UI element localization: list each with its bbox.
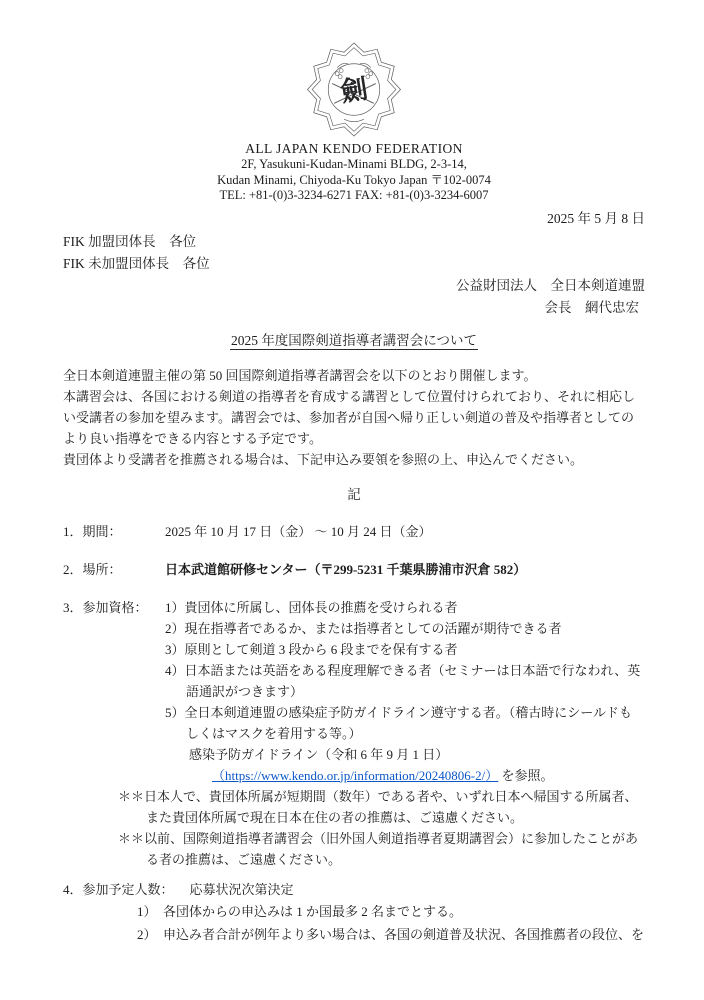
item-participants: 4．参加予定人数： 応募状況次第決定 [63, 879, 645, 900]
eligibility-item: 5）全日本剣道連盟の感染症予防ガイドライン遵守する者。（稽古時にシールドも [165, 702, 640, 723]
intro-line: 貴団体より受講者を推薦される場合は、下記申込み要領を参照の上、申込んでください。 [63, 449, 645, 470]
eligibility-item: 2）現在指導者であるか、または指導者としての活躍が期待できる者 [165, 618, 640, 639]
sender-president: 会長 網代忠宏 [63, 297, 645, 319]
item-venue-label: 2．場所： [63, 559, 165, 580]
intro-line: 本講習会は、各国における剣道の指導者を育成する講習として位置付けられており、それ… [63, 386, 645, 407]
eligibility-item: 3）原則として剣道 3 段から 6 段までを保有する者 [165, 639, 640, 660]
recipient-block: FIK 加盟団体長 各位 FIK 未加盟団体長 各位 [63, 231, 645, 275]
intro-line: より良い指導をできる内容とする予定です。 [63, 428, 645, 449]
guideline-line: 感染予防ガイドライン（令和 6 年 9 月 1 日） [165, 744, 640, 765]
sender-block: 公益財団法人 全日本剣道連盟 会長 網代忠宏 [63, 275, 645, 319]
intro-line: 全日本剣道連盟主催の第 50 回国際剣道指導者講習会を以下のとおり開催します。 [63, 365, 645, 386]
note-line: ＊＊日本人で、貴団体所属が短期間（数年）である者や、いずれ日本へ帰国する所属者、 [118, 786, 645, 807]
item-eligibility: 3．参加資格： 1）貴団体に所属し、団体長の推薦を受けられる者 2）現在指導者で… [63, 597, 645, 786]
participants-item: 2） 申込み者合計が例年より多い場合は、各国の剣道普及状況、各国推薦者の段位、を [137, 923, 645, 946]
guideline-link-url: https://www.kendo.or.jp/information/2024… [225, 768, 485, 783]
item-participants-label: 4．参加予定人数： [63, 879, 174, 900]
guideline-link-close-paren: ） [485, 768, 498, 783]
eligibility-item: 4）日本語または英語をある程度理解できる者（セミナーは日本語で行なわれ、英 [165, 660, 640, 681]
org-address-line-1: 2F, Yasukuni-Kudan-Minami BLDG, 2-3-14, [63, 157, 645, 173]
item-period-value: 2025 年 10 月 17 日（金） ～ 10 月 24 日（金） [165, 521, 432, 542]
document-date: 2025 年 5 月 8 日 [63, 209, 645, 229]
kendo-federation-emblem-icon: 劍 [303, 42, 405, 137]
item-venue: 2．場所： 日本武道館研修センター（〒299-5231 千葉県勝浦市沢倉 582… [63, 559, 645, 580]
eligibility-item-continuation: しくはマスクを着用する等。） [165, 723, 640, 744]
org-name: ALL JAPAN KENDO FEDERATION [63, 140, 645, 157]
org-contact-line: TEL: +81-(0)3-3234-6271 FAX: +81-(0)3-32… [63, 188, 645, 204]
record-marker: 記 [63, 484, 645, 505]
org-address-line-2: Kudan Minami, Chiyoda-Ku Tokyo Japan 〒10… [63, 173, 645, 189]
item-period-label: 1．期間： [63, 521, 165, 542]
item-eligibility-label: 3．参加資格： [63, 597, 165, 786]
document-title-text: 2025 年度国際剣道指導者講習会について [230, 333, 478, 350]
guideline-link-open-paren: （ [212, 768, 225, 783]
logo-container: 劍 [63, 0, 645, 137]
participants-item: 1） 各団体からの申込みは 1 か国最多 2 名までとする。 [137, 900, 645, 923]
eligibility-item-continuation: 語通訳がつきます） [165, 681, 640, 702]
recipient-line-1: FIK 加盟団体長 各位 [63, 231, 645, 253]
document-title: 2025 年度国際剣道指導者講習会について [63, 330, 645, 352]
item-venue-value: 日本武道館研修センター（〒299-5231 千葉県勝浦市沢倉 582） [165, 559, 526, 580]
guideline-link-suffix: を参照。 [498, 768, 553, 783]
note-line-continuation: る者の推薦は、ご遠慮ください。 [118, 849, 645, 870]
letterhead: ALL JAPAN KENDO FEDERATION 2F, Yasukuni-… [63, 140, 645, 204]
item-period: 1．期間： 2025 年 10 月 17 日（金） ～ 10 月 24 日（金） [63, 521, 645, 542]
eligibility-item: 1）貴団体に所属し、団体長の推薦を受けられる者 [165, 597, 640, 618]
intro-paragraph: 全日本剣道連盟主催の第 50 回国際剣道指導者講習会を以下のとおり開催します。 … [63, 365, 645, 470]
eligibility-list: 1）貴団体に所属し、団体長の推薦を受けられる者 2）現在指導者であるか、または指… [165, 597, 640, 786]
recipient-line-2: FIK 未加盟団体長 各位 [63, 253, 645, 275]
intro-line: い受講者の参加を望みます。講習会では、参加者が自国へ帰り正しい剣道の普及や指導者… [63, 407, 645, 428]
document-page: 劍 ALL JAPAN KENDO FEDERATION 2F, Yasukun… [0, 0, 704, 1000]
note-line: ＊＊以前、国際剣道指導者講習会（旧外国人剣道指導者夏期講習会）に参加したことがあ [118, 828, 645, 849]
sender-organization: 公益財団法人 全日本剣道連盟 [63, 275, 645, 297]
item-participants-value: 応募状況次第決定 [190, 879, 294, 900]
participants-list: 1） 各団体からの申込みは 1 か国最多 2 名までとする。 2） 申込み者合計… [137, 900, 645, 946]
guideline-link-line: （https://www.kendo.or.jp/information/202… [165, 765, 640, 786]
guideline-link[interactable]: （https://www.kendo.or.jp/information/202… [212, 768, 498, 783]
note-line-continuation: また貴団体所属で現在日本在住の者の推薦は、ご遠慮ください。 [118, 807, 645, 828]
eligibility-notes: ＊＊日本人で、貴団体所属が短期間（数年）である者や、いずれ日本へ帰国する所属者、… [118, 786, 645, 870]
emblem-center-kanji: 劍 [339, 73, 370, 107]
